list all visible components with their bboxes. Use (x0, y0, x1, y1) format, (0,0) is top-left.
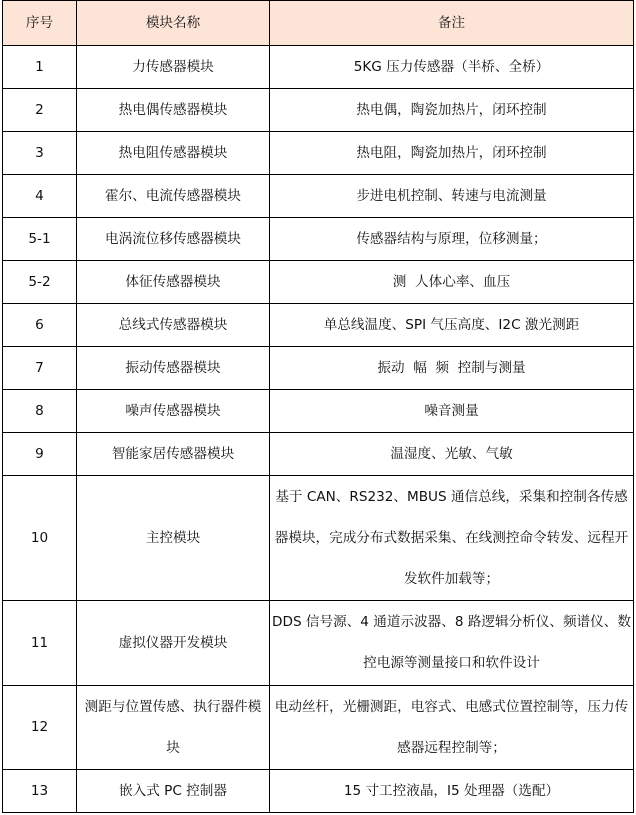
table-row: 5-2 体征传感器模块 测 人体心率、血压 (3, 261, 634, 304)
table-row: 6 总线式传感器模块 单总线温度、SPI 气压高度、I2C 激光测距 (3, 304, 634, 347)
cell-seq: 4 (3, 175, 77, 218)
cell-module-name: 体征传感器模块 (77, 261, 270, 304)
table-row: 12 测距与位置传感、执行器件模块 电动丝杆，光栅测距，电容式、电感式位置控制等… (3, 686, 634, 770)
cell-module-name: 智能家居传感器模块 (77, 433, 270, 476)
table-row: 9 智能家居传感器模块 温湿度、光敏、气敏 (3, 433, 634, 476)
cell-module-name: 振动传感器模块 (77, 347, 270, 390)
cell-note: 热电偶，陶瓷加热片，闭环控制 (270, 89, 634, 132)
cell-note: DDS 信号源、4 通道示波器、8 路逻辑分析仪、频谱仪、数控电源等测量接口和软… (270, 601, 634, 686)
cell-module-name: 热电阻传感器模块 (77, 132, 270, 175)
cell-module-name: 嵌入式 PC 控制器 (77, 770, 270, 813)
cell-note: 步进电机控制、转速与电流测量 (270, 175, 634, 218)
cell-note: 噪音测量 (270, 390, 634, 433)
cell-module-name: 力传感器模块 (77, 46, 270, 89)
cell-module-name: 噪声传感器模块 (77, 390, 270, 433)
cell-seq: 1 (3, 46, 77, 89)
cell-module-name: 总线式传感器模块 (77, 304, 270, 347)
table-row: 4 霍尔、电流传感器模块 步进电机控制、转速与电流测量 (3, 175, 634, 218)
cell-module-name: 主控模块 (77, 476, 270, 601)
cell-seq: 3 (3, 132, 77, 175)
cell-module-name: 热电偶传感器模块 (77, 89, 270, 132)
cell-note: 15 寸工控液晶，I5 处理器（选配） (270, 770, 634, 813)
table-row: 8 噪声传感器模块 噪音测量 (3, 390, 634, 433)
cell-seq: 13 (3, 770, 77, 813)
cell-seq: 11 (3, 601, 77, 686)
header-seq: 序号 (3, 1, 77, 46)
table-row: 10 主控模块 基于 CAN、RS232、MBUS 通信总线，采集和控制各传感器… (3, 476, 634, 601)
cell-note: 电动丝杆，光栅测距，电容式、电感式位置控制等，压力传感器远程控制等； (270, 686, 634, 770)
cell-module-name: 霍尔、电流传感器模块 (77, 175, 270, 218)
table-row: 7 振动传感器模块 振动 幅 频 控制与测量 (3, 347, 634, 390)
table-row: 5-1 电涡流位移传感器模块 传感器结构与原理，位移测量； (3, 218, 634, 261)
header-note: 备注 (270, 1, 634, 46)
cell-seq: 8 (3, 390, 77, 433)
module-list-table: 序号 模块名称 备注 1 力传感器模块 5KG 压力传感器（半桥、全桥） 2 热… (2, 0, 634, 813)
header-module-name: 模块名称 (77, 1, 270, 46)
cell-note: 热电阻，陶瓷加热片，闭环控制 (270, 132, 634, 175)
table-body: 1 力传感器模块 5KG 压力传感器（半桥、全桥） 2 热电偶传感器模块 热电偶… (3, 46, 634, 813)
cell-seq: 12 (3, 686, 77, 770)
cell-note: 单总线温度、SPI 气压高度、I2C 激光测距 (270, 304, 634, 347)
cell-seq: 5-1 (3, 218, 77, 261)
cell-seq: 6 (3, 304, 77, 347)
cell-seq: 10 (3, 476, 77, 601)
table-header: 序号 模块名称 备注 (3, 1, 634, 46)
cell-note: 振动 幅 频 控制与测量 (270, 347, 634, 390)
cell-note: 测 人体心率、血压 (270, 261, 634, 304)
cell-seq: 5-2 (3, 261, 77, 304)
cell-module-name: 虚拟仪器开发模块 (77, 601, 270, 686)
cell-seq: 7 (3, 347, 77, 390)
cell-module-name: 电涡流位移传感器模块 (77, 218, 270, 261)
cell-seq: 2 (3, 89, 77, 132)
cell-note: 温湿度、光敏、气敏 (270, 433, 634, 476)
table-row: 11 虚拟仪器开发模块 DDS 信号源、4 通道示波器、8 路逻辑分析仪、频谱仪… (3, 601, 634, 686)
cell-seq: 9 (3, 433, 77, 476)
table-row: 13 嵌入式 PC 控制器 15 寸工控液晶，I5 处理器（选配） (3, 770, 634, 813)
table-row: 1 力传感器模块 5KG 压力传感器（半桥、全桥） (3, 46, 634, 89)
table-row: 2 热电偶传感器模块 热电偶，陶瓷加热片，闭环控制 (3, 89, 634, 132)
cell-note: 5KG 压力传感器（半桥、全桥） (270, 46, 634, 89)
table-row: 3 热电阻传感器模块 热电阻，陶瓷加热片，闭环控制 (3, 132, 634, 175)
header-row: 序号 模块名称 备注 (3, 1, 634, 46)
cell-module-name: 测距与位置传感、执行器件模块 (77, 686, 270, 770)
cell-note: 基于 CAN、RS232、MBUS 通信总线，采集和控制各传感器模块，完成分布式… (270, 476, 634, 601)
cell-note: 传感器结构与原理，位移测量； (270, 218, 634, 261)
